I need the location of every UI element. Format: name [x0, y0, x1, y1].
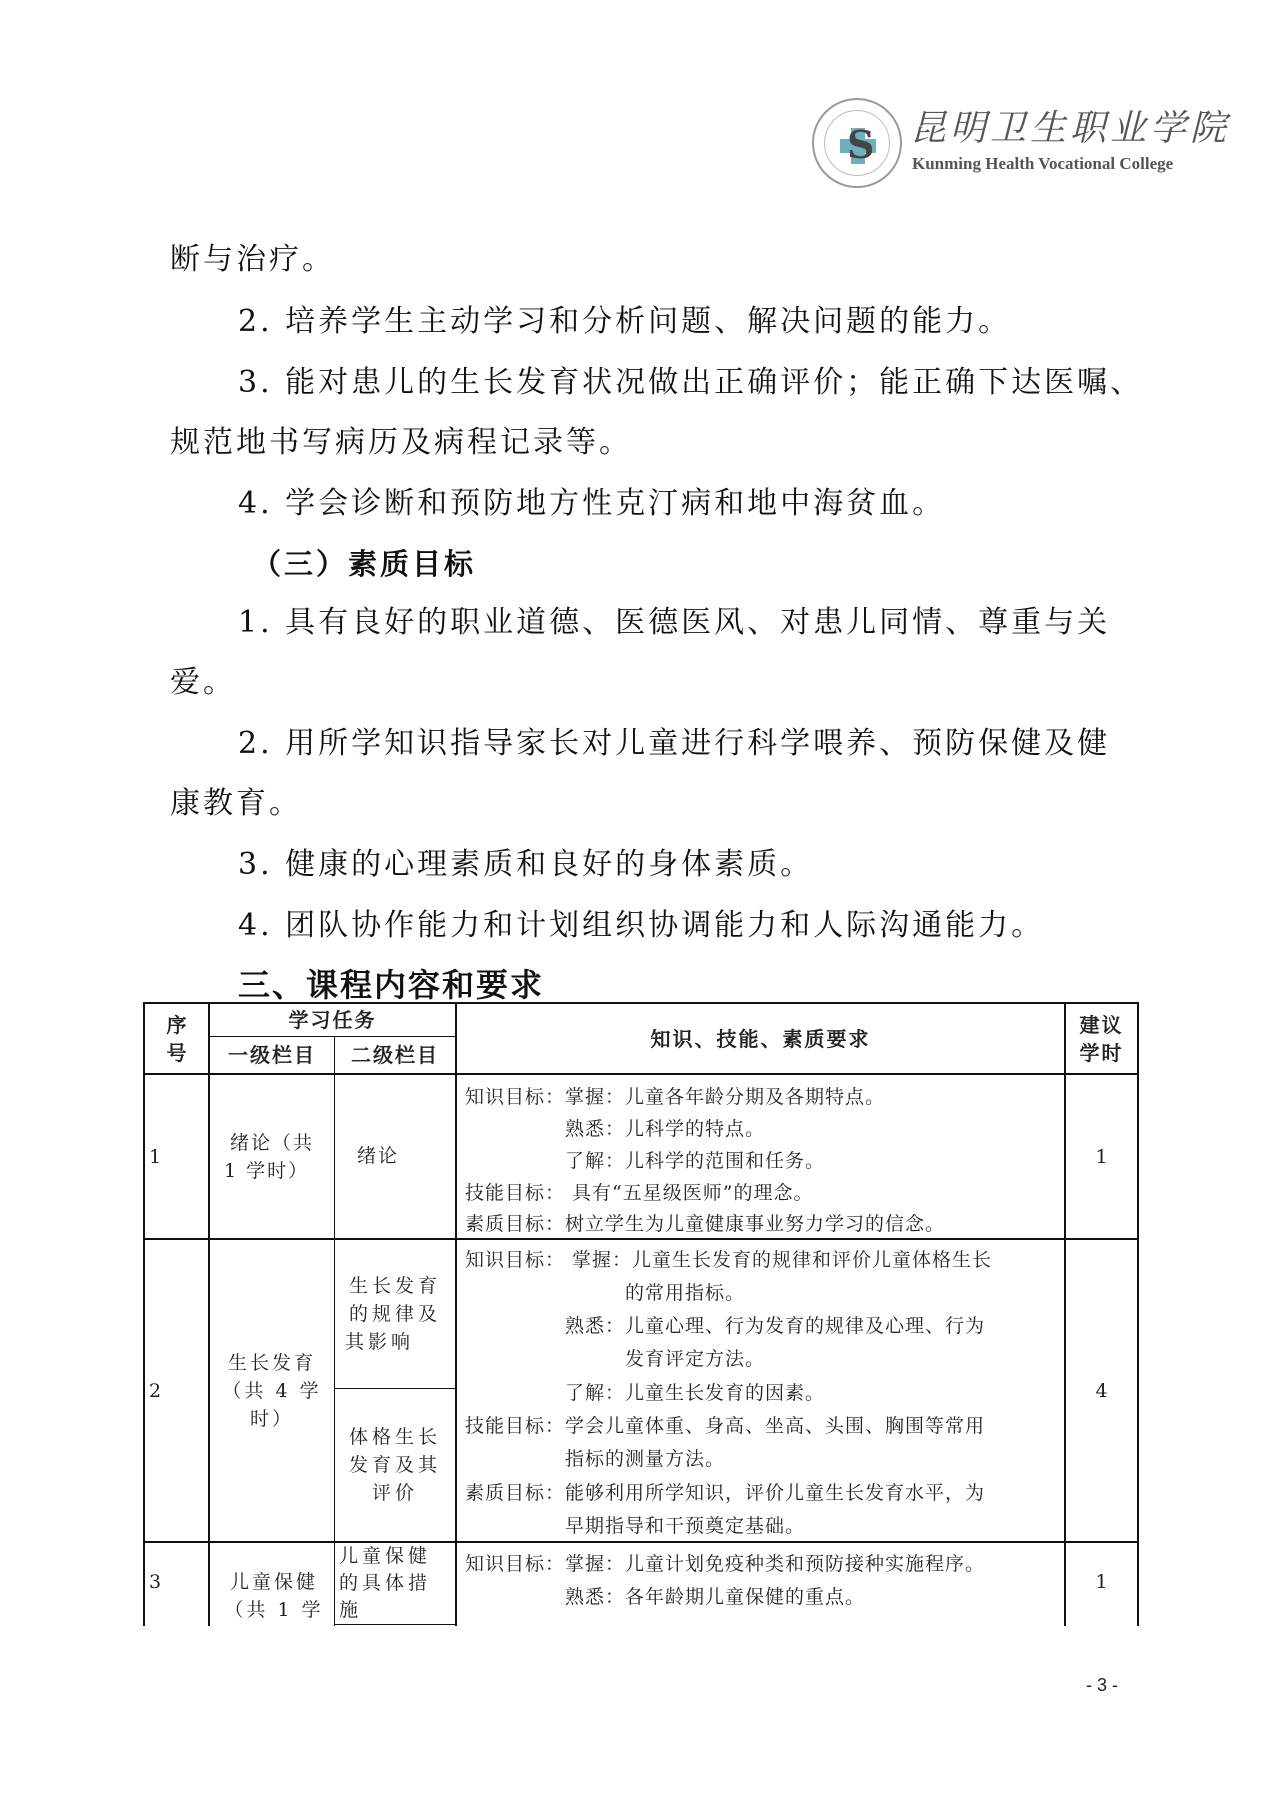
college-emblem-icon: S: [812, 98, 902, 188]
row2-req-line: 发育评定方法。: [465, 1344, 765, 1371]
row1-req-line: 熟悉：儿科学的特点。: [465, 1114, 765, 1141]
row3-req-line: 知识目标：掌握：儿童计划免疫种类和预防接种实施程序。: [465, 1549, 985, 1576]
body-line: 1. 具有良好的职业道德、医德医风、对患儿同情、尊重与关: [238, 603, 1110, 643]
course-content-table: 序 号 学习任务 一级栏目 二级栏目 知识、技能、素质要求 建议 学时 1 绪论…: [143, 1002, 1139, 1626]
row2-level2a: 生长发育 的规律及 其影响: [335, 1240, 455, 1388]
header-level2: 二级栏目: [335, 1037, 455, 1073]
body-line: 爱。: [170, 663, 236, 703]
college-logo: S 昆明卫生职业学院 Kunming Health Vocational Col…: [812, 98, 1142, 190]
logo-english-name: Kunming Health Vocational College: [912, 154, 1173, 174]
header-level1: 一级栏目: [210, 1037, 334, 1073]
row2-req-line: 技能目标：学会儿童体重、身高、坐高、头围、胸围等常用: [465, 1411, 985, 1438]
header-requirements: 知识、技能、素质要求: [457, 1004, 1064, 1073]
subheading-quality-goals: （三）素质目标: [252, 542, 476, 583]
row1-seq: 1: [145, 1075, 165, 1238]
row2-req-line: 了解：儿童生长发育的因素。: [465, 1378, 825, 1405]
row2-level1: 生长发育 （共 4 学 时）: [210, 1240, 334, 1541]
row2-req-line: 早期指导和干预奠定基础。: [465, 1511, 805, 1538]
row2-req-line: 熟悉：儿童心理、行为发育的规律及心理、行为: [465, 1311, 985, 1338]
header-learning-task: 学习任务: [210, 1004, 455, 1036]
row1-level2: 绪论: [357, 1142, 399, 1170]
body-line: 康教育。: [170, 784, 302, 824]
row1-req-line: 知识目标：掌握：儿童各年龄分期及各期特点。: [465, 1082, 885, 1109]
body-line: 3. 能对患儿的生长发育状况做出正确评价；能正确下达医嘱、: [238, 363, 1143, 403]
row3-seq: 3: [145, 1543, 165, 1621]
row2-req-line: 的常用指标。: [465, 1278, 745, 1305]
row3-level1: 儿童保健 （共 1 学: [215, 1568, 333, 1624]
row1-hours: 1: [1066, 1075, 1137, 1238]
row1-req-line: 技能目标： 具有“五星级医师”的理念。: [465, 1178, 813, 1205]
header-suggested-hours: 建议 学时: [1066, 1004, 1137, 1073]
row3-level2: 儿童保健 的具体措 施: [339, 1543, 455, 1624]
row3-req-line: 熟悉：各年龄期儿童保健的重点。: [465, 1582, 865, 1609]
row2-hours: 4: [1066, 1240, 1137, 1541]
header-seq: 序 号: [145, 1004, 208, 1073]
row2-seq: 2: [145, 1240, 165, 1541]
row2-req-line: 素质目标：能够利用所学知识，评价儿童生长发育水平，为: [465, 1478, 985, 1505]
row2-req-line: 指标的测量方法。: [465, 1444, 725, 1471]
row1-level1: 绪论（共 1 学时）: [210, 1075, 334, 1238]
body-line: 规范地书写病历及病程记录等。: [170, 423, 632, 463]
row1-req-line: 素质目标：树立学生为儿童健康事业努力学习的信念。: [465, 1209, 945, 1236]
body-line: 2. 用所学知识指导家长对儿童进行科学喂养、预防保健及健: [238, 724, 1110, 764]
row3-hours: 1: [1066, 1543, 1137, 1621]
body-line: 2. 培养学生主动学习和分析问题、解决问题的能力。: [238, 302, 1011, 342]
row1-req-line: 了解：儿科学的范围和任务。: [465, 1146, 825, 1173]
logo-chinese-name: 昆明卫生职业学院: [910, 100, 1230, 151]
body-line: 3. 健康的心理素质和良好的身体素质。: [238, 845, 813, 885]
body-line: 4. 学会诊断和预防地方性克汀病和地中海贫血。: [238, 484, 945, 524]
section-heading: 三、课程内容和要求: [238, 960, 544, 1006]
row2-level2b: 体格生长 发育及其 评价: [335, 1389, 455, 1541]
body-line: 4. 团队协作能力和计划组织协调能力和人际沟通能力。: [238, 906, 1044, 946]
row2-req-line: 知识目标： 掌握：儿童生长发育的规律和评价儿童体格生长: [465, 1245, 992, 1272]
body-line: 断与治疗。: [170, 240, 335, 280]
page-number: - 3 -: [1086, 1675, 1118, 1696]
